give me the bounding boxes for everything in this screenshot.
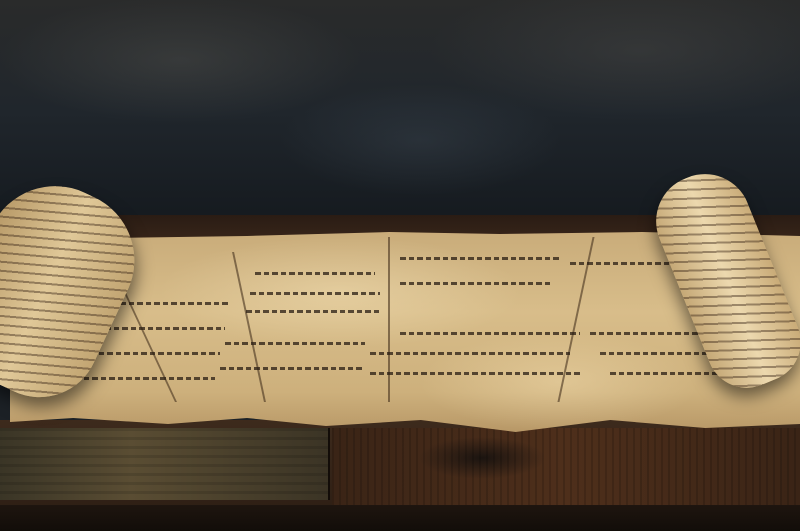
column-divider: [388, 237, 390, 402]
script-line: [250, 292, 380, 295]
wooden-plank-right: [332, 428, 800, 506]
script-line: [120, 302, 230, 305]
script-line: [370, 372, 580, 375]
script-line: [370, 352, 570, 355]
script-line: [220, 367, 365, 370]
script-line: [400, 257, 560, 260]
wooden-plank-bottom: [0, 505, 800, 531]
script-line: [90, 352, 220, 355]
wooden-plank-left: [0, 428, 330, 500]
script-line: [75, 377, 215, 380]
script-line: [400, 332, 580, 335]
script-line: [105, 327, 225, 330]
scroll-photo: Aged parchment scroll with handwritten H…: [0, 0, 800, 531]
script-line: [400, 282, 550, 285]
script-line: [246, 310, 381, 313]
script-line: [255, 272, 375, 275]
script-line: [225, 342, 365, 345]
